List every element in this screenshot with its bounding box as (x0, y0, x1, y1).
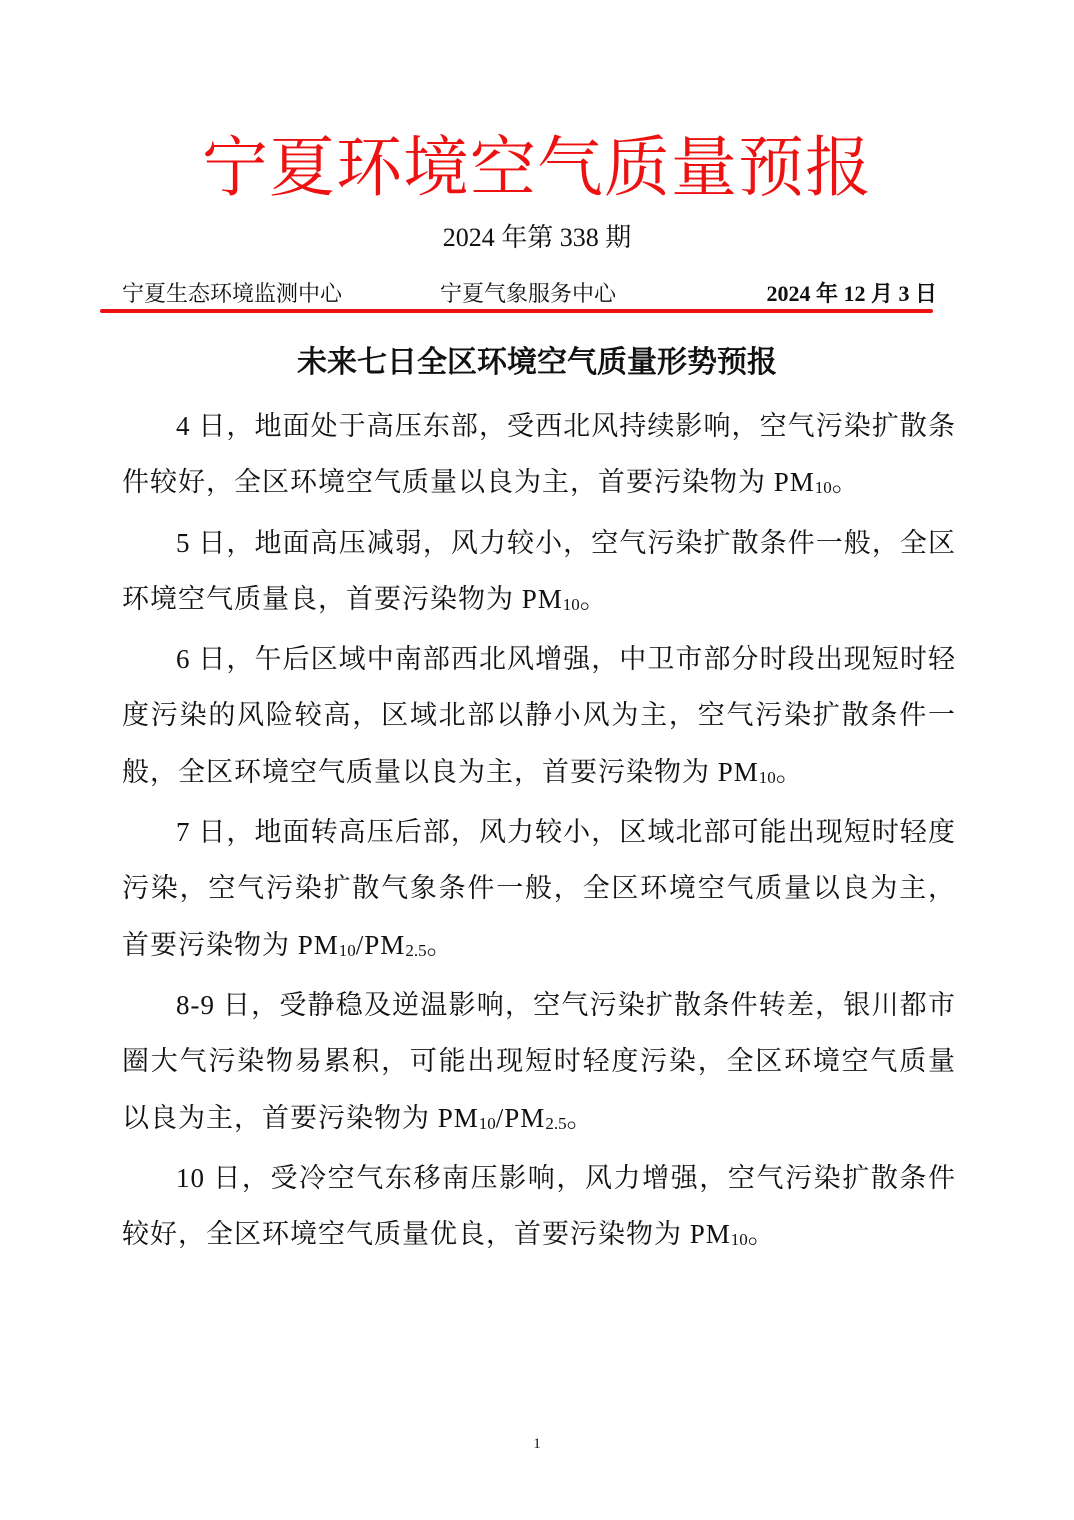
subscript: 10 (339, 941, 356, 960)
masthead-title: 宁夏环境空气质量预报 (0, 128, 1074, 208)
subscript: 2.5 (545, 1114, 566, 1133)
publisher-environment-center: 宁夏生态环境监测中心 (122, 276, 342, 312)
forecast-paragraph: 4 日，地面处于高压东部，受西北风持续影响，空气污染扩散条件较好，全区环境空气质… (122, 398, 956, 515)
forecast-paragraph: 10 日，受冷空气东移南压影响，风力增强，空气污染扩散条件较好，全区环境空气质量… (122, 1150, 956, 1267)
subscript: 2.5 (405, 941, 426, 960)
subscript: 10 (759, 768, 776, 787)
page-number: 1 (0, 1436, 1074, 1453)
subscript: 10 (815, 478, 832, 497)
forecast-paragraph: 7 日，地面转高压后部，风力较小，区域北部可能出现短时轻度污染，空气污染扩散气象… (122, 804, 956, 977)
publisher-row: 宁夏生态环境监测中心 宁夏气象服务中心 2024 年 12 月 3 日 (122, 276, 937, 312)
section-heading: 未来七日全区环境空气质量形势预报 (0, 340, 1074, 386)
subscript: 10 (479, 1114, 496, 1133)
red-divider (100, 309, 933, 313)
publisher-meteorology-center: 宁夏气象服务中心 (440, 276, 616, 312)
forecast-body: 4 日，地面处于高压东部，受西北风持续影响，空气污染扩散条件较好，全区环境空气质… (122, 398, 956, 1266)
forecast-paragraph: 6 日，午后区域中南部西北风增强，中卫市部分时段出现短时轻度污染的风险较高，区域… (122, 631, 956, 804)
forecast-paragraph: 5 日，地面高压减弱，风力较小，空气污染扩散条件一般，全区环境空气质量良，首要污… (122, 515, 956, 632)
subscript: 10 (731, 1230, 748, 1249)
issue-number: 2024 年第 338 期 (0, 218, 1074, 258)
subscript: 10 (563, 595, 580, 614)
document-page: 宁夏环境空气质量预报 2024 年第 338 期 宁夏生态环境监测中心 宁夏气象… (0, 0, 1074, 1520)
publish-date: 2024 年 12 月 3 日 (766, 276, 937, 312)
forecast-paragraph: 8-9 日，受静稳及逆温影响，空气污染扩散条件转差，银川都市圈大气污染物易累积，… (122, 977, 956, 1150)
